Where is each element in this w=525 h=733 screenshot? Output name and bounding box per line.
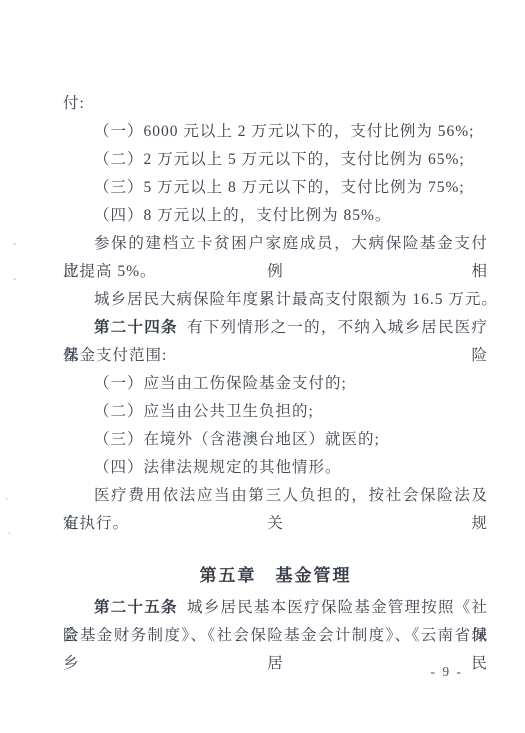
scan-speck (13, 243, 16, 245)
text-line: 参保的建档立卡贫困户家庭成员，大病保险基金支付比例相 (63, 230, 488, 258)
text-line: （二）应当由公共卫生负担的; (63, 398, 488, 426)
article-number: 第二十四条 (94, 319, 178, 336)
text-line: 医疗费用依法应当由第三人负担的，按社会保险法及有关规 (63, 482, 488, 510)
text-line: （四）法律法规规定的其他情形。 (63, 454, 488, 482)
text-line: 城乡居民大病保险年度累计最高支付限额为 16.5 万元。 (63, 286, 488, 314)
text-line: 付: (63, 90, 488, 118)
text-line: （二）2 万元以上 5 万元以下的，支付比例为 65%; (63, 146, 488, 174)
text-line: 险基金财务制度》、《社会保险基金会计制度》、《云南省城乡居民 (63, 622, 488, 650)
scan-speck (13, 278, 16, 280)
document-body: 付: （一）6000 元以上 2 万元以下的，支付比例为 56%; （二）2 万… (63, 90, 488, 686)
article-number: 第二十五条 (94, 599, 178, 616)
text-line: （一）6000 元以上 2 万元以下的，支付比例为 56%; (63, 118, 488, 146)
text-line: 第二十四条有下列情形之一的，不纳入城乡居民医疗保险 (63, 314, 488, 342)
document-page: 付: （一）6000 元以上 2 万元以下的，支付比例为 56%; （二）2 万… (0, 0, 525, 733)
text-line: （四）8 万元以上的，支付比例为 85%。 (63, 202, 488, 230)
scan-speck (8, 532, 10, 534)
text-line: （三）5 万元以上 8 万元以下的，支付比例为 75%; (63, 174, 488, 202)
chapter-heading: 第五章 基金管理 (63, 562, 488, 590)
scan-speck (6, 498, 8, 500)
text-line: 第二十五条城乡居民基本医疗保险基金管理按照《社会保 (63, 594, 488, 622)
text-line: （一）应当由工伤保险基金支付的; (63, 370, 488, 398)
text-line: （三）在境外（含港澳台地区）就医的; (63, 426, 488, 454)
